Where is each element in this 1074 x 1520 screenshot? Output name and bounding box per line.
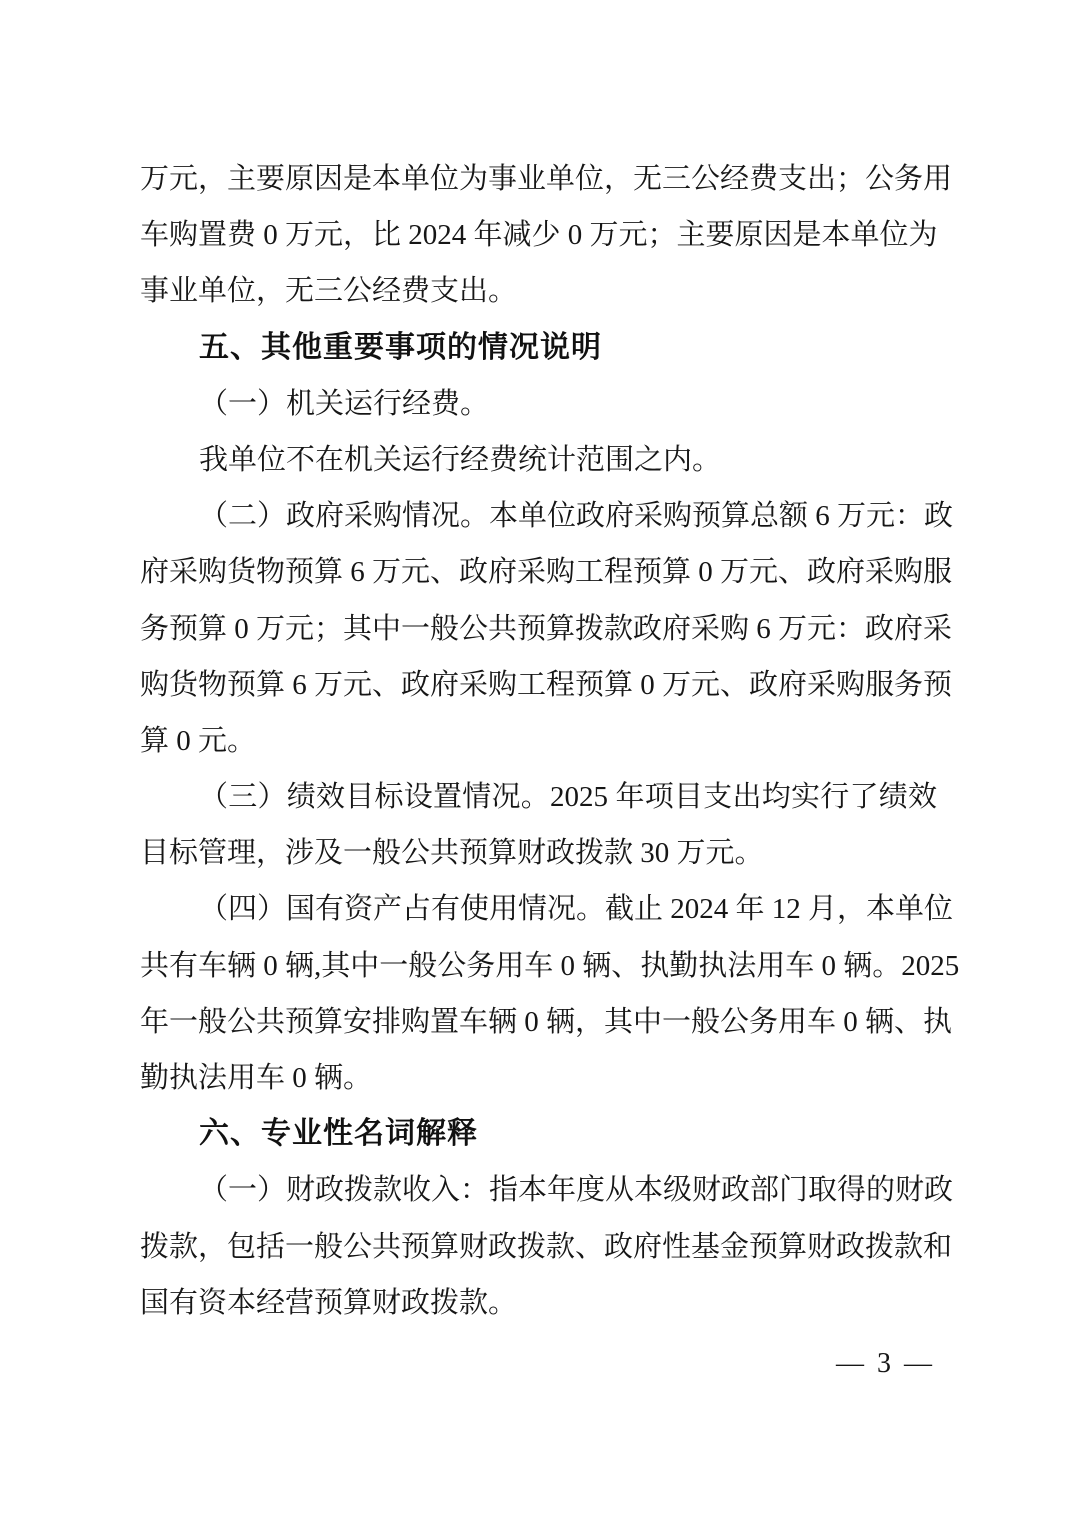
text-line: 拨款，包括一般公共预算财政拨款、政府性基金预算财政拨款和 xyxy=(140,1219,937,1275)
section-heading: 五、其他重要事项的情况说明 xyxy=(140,320,937,376)
text-line: 算 0 元。 xyxy=(140,713,937,769)
text-line: （四）国有资产占有使用情况。截止 2024 年 12 月，本单位 xyxy=(140,881,937,937)
text-line: （三）绩效目标设置情况。2025 年项目支出均实行了绩效 xyxy=(140,769,937,825)
text-line: 购货物预算 6 万元、政府采购工程预算 0 万元、政府采购服务预 xyxy=(140,657,937,713)
text-line: （一）财政拨款收入：指本年度从本级财政部门取得的财政 xyxy=(140,1162,937,1218)
text-line: 万元，主要原因是本单位为事业单位，无三公经费支出；公务用 xyxy=(140,151,937,207)
text-line: 我单位不在机关运行经费统计范围之内。 xyxy=(140,432,937,488)
text-line: 目标管理，涉及一般公共预算财政拨款 30 万元。 xyxy=(140,825,937,881)
text-line: 勤执法用车 0 辆。 xyxy=(140,1050,937,1106)
section-heading: 六、专业性名词解释 xyxy=(140,1106,937,1162)
page-number: — 3 — xyxy=(836,1348,935,1380)
text-line: 务预算 0 万元；其中一般公共预算拨款政府采购 6 万元：政府采 xyxy=(140,601,937,657)
document-content: 万元，主要原因是本单位为事业单位，无三公经费支出；公务用车购置费 0 万元，比 … xyxy=(140,151,937,1331)
text-line: 国有资本经营预算财政拨款。 xyxy=(140,1275,937,1331)
text-line: 共有车辆 0 辆,其中一般公务用车 0 辆、执勤执法用车 0 辆。2025 xyxy=(140,938,937,994)
text-line: （一）机关运行经费。 xyxy=(140,376,937,432)
text-line: 事业单位，无三公经费支出。 xyxy=(140,263,937,319)
text-line: 府采购货物预算 6 万元、政府采购工程预算 0 万元、政府采购服 xyxy=(140,544,937,600)
text-line: 车购置费 0 万元，比 2024 年减少 0 万元；主要原因是本单位为 xyxy=(140,207,937,263)
document-page: 万元，主要原因是本单位为事业单位，无三公经费支出；公务用车购置费 0 万元，比 … xyxy=(0,0,1074,1520)
text-line: 年一般公共预算安排购置车辆 0 辆，其中一般公务用车 0 辆、执 xyxy=(140,994,937,1050)
text-line: （二）政府采购情况。本单位政府采购预算总额 6 万元：政 xyxy=(140,488,937,544)
